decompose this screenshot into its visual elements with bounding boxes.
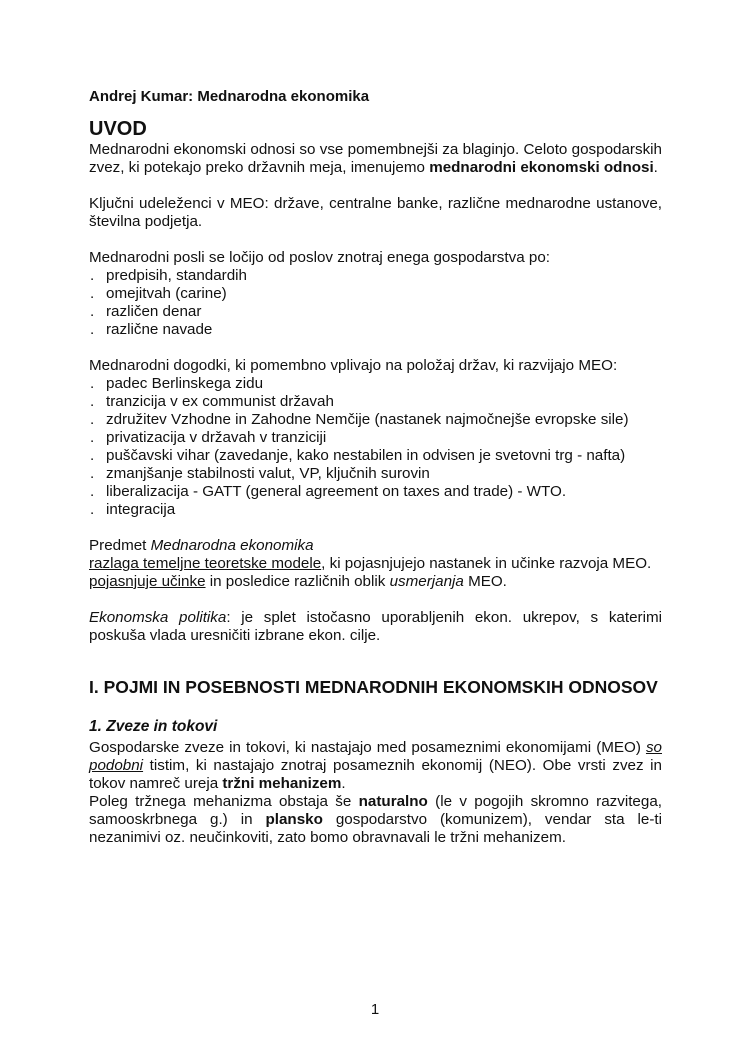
subject-title: Mednarodna ekonomika <box>151 537 314 554</box>
spacer <box>89 339 662 357</box>
spacer <box>89 591 662 609</box>
underlined-phrase: pojasnjuje učinke <box>89 573 206 590</box>
subject-label: Predmet Mednarodna ekonomika <box>89 537 662 555</box>
list-item-text: omejitvah (carine) <box>106 285 227 302</box>
subject-line-2-end: MEO. <box>464 573 507 590</box>
business-intro: Mednarodni posli se ločijo od poslov zno… <box>89 249 662 267</box>
intro-text-end: . <box>654 159 658 176</box>
page-number: 1 <box>0 1001 750 1018</box>
italic-term: usmerjanja <box>390 573 464 590</box>
events-list: .padec Berlinskega zidu .tranzicija v ex… <box>89 375 662 519</box>
list-item-text: različen denar <box>106 303 201 320</box>
mechanism-paragraph: Poleg tržnega mehanizma obstaja še natur… <box>89 793 662 847</box>
chapter-heading: I. POJMI IN POSEBNOSTI MEDNARODNIH EKONO… <box>89 677 662 698</box>
list-item: .predpisih, standardih <box>89 267 662 285</box>
list-item-text: različne navade <box>106 321 212 338</box>
subject-line-1: razlaga temeljne teoretske modele, ki po… <box>89 555 662 573</box>
list-item-text: liberalizacija - GATT (general agreement… <box>106 483 566 500</box>
list-item-text: integracija <box>106 501 175 518</box>
intro-bold-term: mednarodni ekonomski odnosi <box>429 159 653 176</box>
mechanism-text: Poleg tržnega mehanizma obstaja še <box>89 793 359 810</box>
list-item-text: zmanjšanje stabilnosti valut, VP, ključn… <box>106 465 430 482</box>
policy-term: Ekonomska politika <box>89 609 226 626</box>
subject-line-2-text: in posledice različnih oblik <box>206 573 390 590</box>
flows-text: tistim, ki nastajajo znotraj posameznih … <box>89 757 662 792</box>
events-intro: Mednarodni dogodki, ki pomembno vplivajo… <box>89 357 662 375</box>
list-item-text: združitev Vzhodne in Zahodne Nemčije (na… <box>106 411 629 428</box>
bullet-icon: . <box>90 375 94 393</box>
list-item-text: puščavski vihar (zavedanje, kako nestabi… <box>106 447 625 464</box>
subject-line-2: pojasnjuje učinke in posledice različnih… <box>89 573 662 591</box>
list-item: .različne navade <box>89 321 662 339</box>
flows-paragraph: Gospodarske zveze in tokovi, ki nastajaj… <box>89 739 662 793</box>
underlined-phrase: razlaga temeljne teoretske modele <box>89 555 321 572</box>
subject-line-1-text: , ki pojasnjujejo nastanek in učinke raz… <box>321 555 651 572</box>
list-item: .puščavski vihar (zavedanje, kako nestab… <box>89 447 662 465</box>
document-header: Andrej Kumar: Mednarodna ekonomika <box>89 88 662 106</box>
bullet-icon: . <box>90 429 94 447</box>
business-list: .predpisih, standardih .omejitvah (carin… <box>89 267 662 339</box>
page-content: Andrej Kumar: Mednarodna ekonomika UVOD … <box>89 88 662 847</box>
list-item: .različen denar <box>89 303 662 321</box>
spacer <box>89 177 662 195</box>
bullet-icon: . <box>90 465 94 483</box>
bullet-icon: . <box>90 303 94 321</box>
list-item-text: padec Berlinskega zidu <box>106 375 263 392</box>
flows-text: Gospodarske zveze in tokovi, ki nastajaj… <box>89 739 646 756</box>
list-item-text: predpisih, standardih <box>106 267 247 284</box>
list-item: .padec Berlinskega zidu <box>89 375 662 393</box>
section-heading: 1. Zveze in tokovi <box>89 718 662 736</box>
spacer <box>89 231 662 249</box>
bold-term: naturalno <box>359 793 428 810</box>
list-item: .integracija <box>89 501 662 519</box>
bold-term: plansko <box>265 811 322 828</box>
bullet-icon: . <box>90 321 94 339</box>
intro-heading: UVOD <box>89 118 662 140</box>
bullet-icon: . <box>90 285 94 303</box>
list-item-text: tranzicija v ex communist državah <box>106 393 334 410</box>
subject-label-text: Predmet <box>89 537 151 554</box>
list-item-text: privatizacija v državah v tranziciji <box>106 429 326 446</box>
list-item: .združitev Vzhodne in Zahodne Nemčije (n… <box>89 411 662 429</box>
bullet-icon: . <box>90 483 94 501</box>
bullet-icon: . <box>90 447 94 465</box>
list-item: .zmanjšanje stabilnosti valut, VP, ključ… <box>89 465 662 483</box>
bullet-icon: . <box>90 411 94 429</box>
policy-paragraph: Ekonomska politika: je splet istočasno u… <box>89 609 662 645</box>
list-item: .omejitvah (carine) <box>89 285 662 303</box>
spacer <box>89 519 662 537</box>
list-item: .tranzicija v ex communist državah <box>89 393 662 411</box>
participants-paragraph: Ključni udeleženci v MEO: države, centra… <box>89 195 662 231</box>
bullet-icon: . <box>90 393 94 411</box>
list-item: .liberalizacija - GATT (general agreemen… <box>89 483 662 501</box>
document-page: Andrej Kumar: Mednarodna ekonomika UVOD … <box>0 0 750 1061</box>
bold-term: tržni mehanizem <box>222 775 341 792</box>
bullet-icon: . <box>90 501 94 519</box>
list-item: .privatizacija v državah v tranziciji <box>89 429 662 447</box>
intro-paragraph: Mednarodni ekonomski odnosi so vse pomem… <box>89 141 662 177</box>
flows-text-end: . <box>341 775 345 792</box>
bullet-icon: . <box>90 267 94 285</box>
